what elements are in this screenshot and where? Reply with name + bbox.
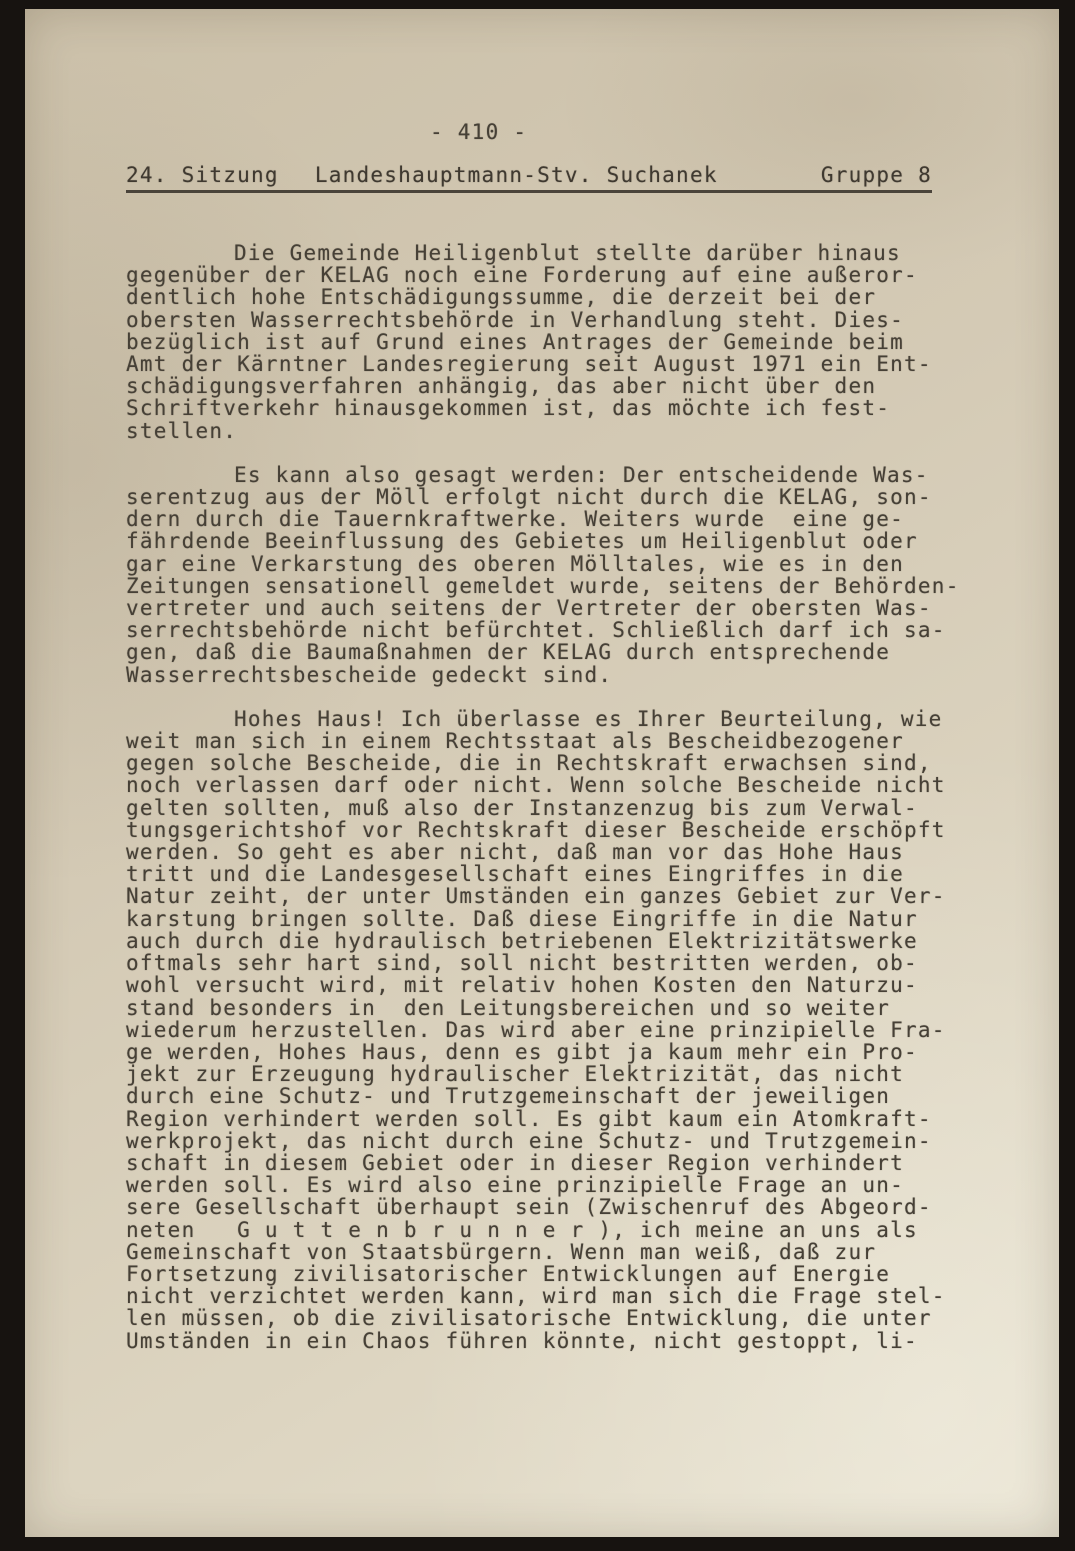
page-body: Die Gemeinde Heiligenblut stellte darübe… bbox=[126, 242, 988, 1374]
paragraph-3: Hohes Haus! Ich überlasse es Ihrer Beurt… bbox=[126, 708, 988, 1352]
paragraph-1: Die Gemeinde Heiligenblut stellte darübe… bbox=[126, 242, 988, 442]
header-session-number: 24. Sitzung bbox=[126, 164, 279, 186]
header-speaker-name: Landeshauptmann-Stv. Suchanek bbox=[315, 164, 718, 186]
header-group-label: Gruppe 8 bbox=[821, 164, 932, 186]
paragraph-2: Es kann also gesagt werden: Der entschei… bbox=[126, 464, 988, 686]
page-number: - 410 - bbox=[430, 121, 527, 143]
scanned-page: - 410 - 24. Sitzung Landeshauptmann-Stv.… bbox=[25, 9, 1059, 1537]
page-header: 24. Sitzung Landeshauptmann-Stv. Suchane… bbox=[126, 164, 932, 193]
